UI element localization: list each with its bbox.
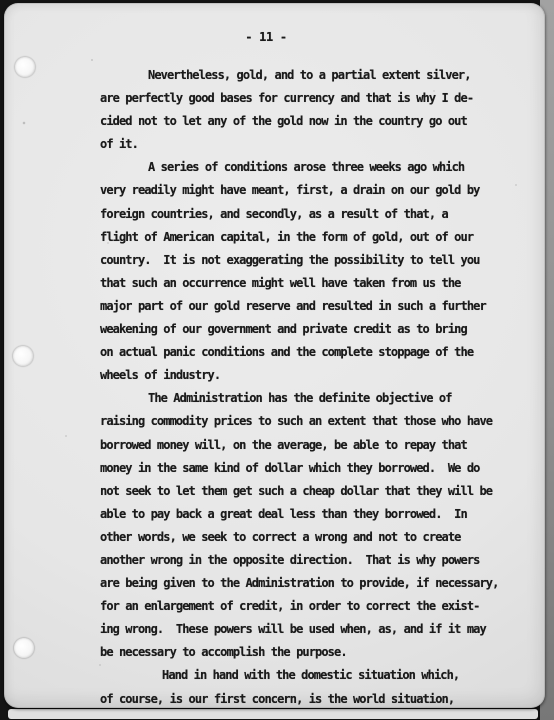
text-line: are perfectly good bases for currency an… [100,87,498,110]
text-line: are being given to the Administration to… [100,572,498,595]
text-line: able to pay back a great deal less than … [100,503,498,526]
page-number: - 11 - [100,30,432,44]
text-line: ing wrong. These powers will be used whe… [100,618,498,641]
text-line: Nevertheless, gold, and to a partial ext… [100,64,498,87]
document-lines: Nevertheless, gold, and to a partial ext… [100,64,498,711]
text-line: flight of American capital, in the form … [100,226,498,249]
text-line: country. It is not exaggerating the poss… [100,249,498,272]
text-line: wheels of industry. [100,364,498,387]
text-line: Hand in hand with the domestic situation… [100,664,498,687]
text-line: very readily might have meant, first, a … [100,179,498,202]
text-line: on actual panic conditions and the compl… [100,341,498,364]
punch-hole [13,346,33,366]
text-line: be necessary to accomplish the purpose. [100,641,498,664]
text-line: other words, we seek to correct a wrong … [100,526,498,549]
text-line: another wrong in the opposite direction.… [100,549,498,572]
punch-hole [14,638,34,658]
scanned-document: - 11 - Nevertheless, gold, and to a part… [0,0,554,720]
punch-hole [15,57,35,77]
text-line: weakening of our government and private … [100,318,498,341]
text-line: not seek to let them get such a cheap do… [100,480,498,503]
text-line: The Administration has the definite obje… [100,387,498,410]
text-line: A series of conditions arose three weeks… [100,156,498,179]
text-line: money in the same kind of dollar which t… [100,457,498,480]
text-line: raising commodity prices to such an exte… [100,410,498,433]
text-line: foreign countries, and secondly, as a re… [100,203,498,226]
text-line: major part of our gold reserve and resul… [100,295,498,318]
text-line: borrowed money will, on the average, be … [100,434,498,457]
text-line: of course, is our first concern, is the … [100,688,498,711]
text-line: for an enlargement of credit, in order t… [100,595,498,618]
text-line: cided not to let any of the gold now in … [100,110,498,133]
text-line: of it. [100,133,498,156]
text-line: that such an occurrence might well have … [100,272,498,295]
